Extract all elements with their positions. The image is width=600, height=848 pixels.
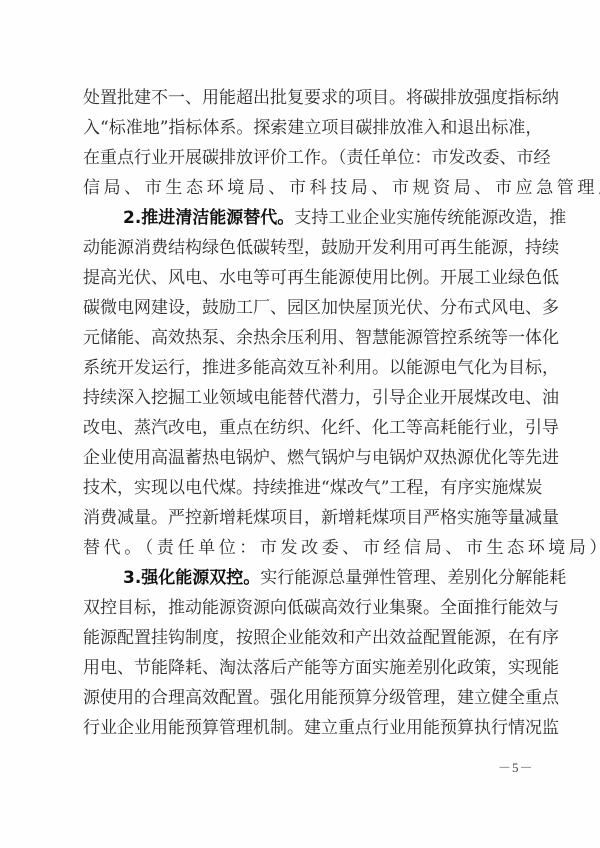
text-line: 行业企业用能预算管理机制。建立重点行业用能预算执行情况监 [83, 713, 523, 743]
text-line: 系统开发运行，推进多能高效互补利用。以能源电气化为目标， [83, 353, 523, 383]
text-line: 动能源消费结构绿色低碳转型，鼓励开发利用可再生能源，持续 [83, 233, 523, 263]
text-line: 信局、市生态环境局、市科技局、市规资局、市应急管理局） [83, 173, 523, 203]
text-line: 双控目标，推动能源资源向低碳高效行业集聚。全面推行能效与 [83, 593, 523, 623]
text-line: 处置批建不一、用能超出批复要求的项目。将碳排放强度指标纳 [83, 83, 523, 113]
text-line: 改电、蒸汽改电，重点在纺织、化纤、化工等高耗能行业，引导 [83, 413, 523, 443]
text-line: 元储能、高效热泵、余热余压利用、智慧能源管控系统等一体化 [83, 323, 523, 353]
page-number: －5－ [498, 757, 534, 776]
text-line: 在重点行业开展碳排放评价工作。（责任单位：市发改委、市经 [83, 143, 523, 173]
body-text: 处置批建不一、用能超出批复要求的项目。将碳排放强度指标纳 入“标准地”指标体系。… [83, 83, 523, 743]
paragraph-first-line: 3.强化能源双控。实行能源总量弹性管理、差别化分解能耗 [83, 563, 523, 593]
text-line: 技术，实现以电代煤。持续推进“煤改气”工程，有序实施煤炭 [83, 473, 523, 503]
text-fragment: 实行能源总量弹性管理、差别化分解能耗 [260, 568, 566, 588]
paragraph-first-line: 2.推进清洁能源替代。支持工业企业实施传统能源改造，推 [83, 203, 523, 233]
text-line: 入“标准地”指标体系。探索建立项目碳排放准入和退出标准， [83, 113, 523, 143]
text-line: 消费减量。严控新增耗煤项目，新增耗煤项目严格实施等量减量 [83, 503, 523, 533]
text-line: 持续深入挖掘工业领域电能替代潜力，引导企业开展煤改电、油 [83, 383, 523, 413]
document-page: 处置批建不一、用能超出批复要求的项目。将碳排放强度指标纳 入“标准地”指标体系。… [0, 0, 600, 848]
text-line: 企业使用高温蓄热电锅炉、燃气锅炉与电锅炉双热源优化等先进 [83, 443, 523, 473]
text-line: 能源配置挂钩制度，按照企业能效和产出效益配置能源，在有序 [83, 623, 523, 653]
section-heading: 2.推进清洁能源替代。 [123, 208, 294, 228]
text-line: 提高光伏、风电、水电等可再生能源使用比例。开展工业绿色低 [83, 263, 523, 293]
text-line: 碳微电网建设，鼓励工厂、园区加快屋顶光伏、分布式风电、多 [83, 293, 523, 323]
text-fragment: 支持工业企业实施传统能源改造，推 [294, 208, 566, 228]
text-line: 替代。（责任单位：市发改委、市经信局、市生态环境局） [83, 533, 523, 563]
section-heading: 3.强化能源双控。 [123, 568, 260, 588]
text-line: 源使用的合理高效配置。强化用能预算分级管理，建立健全重点 [83, 683, 523, 713]
text-line: 用电、节能降耗、淘汰落后产能等方面实施差别化政策，实现能 [83, 653, 523, 683]
